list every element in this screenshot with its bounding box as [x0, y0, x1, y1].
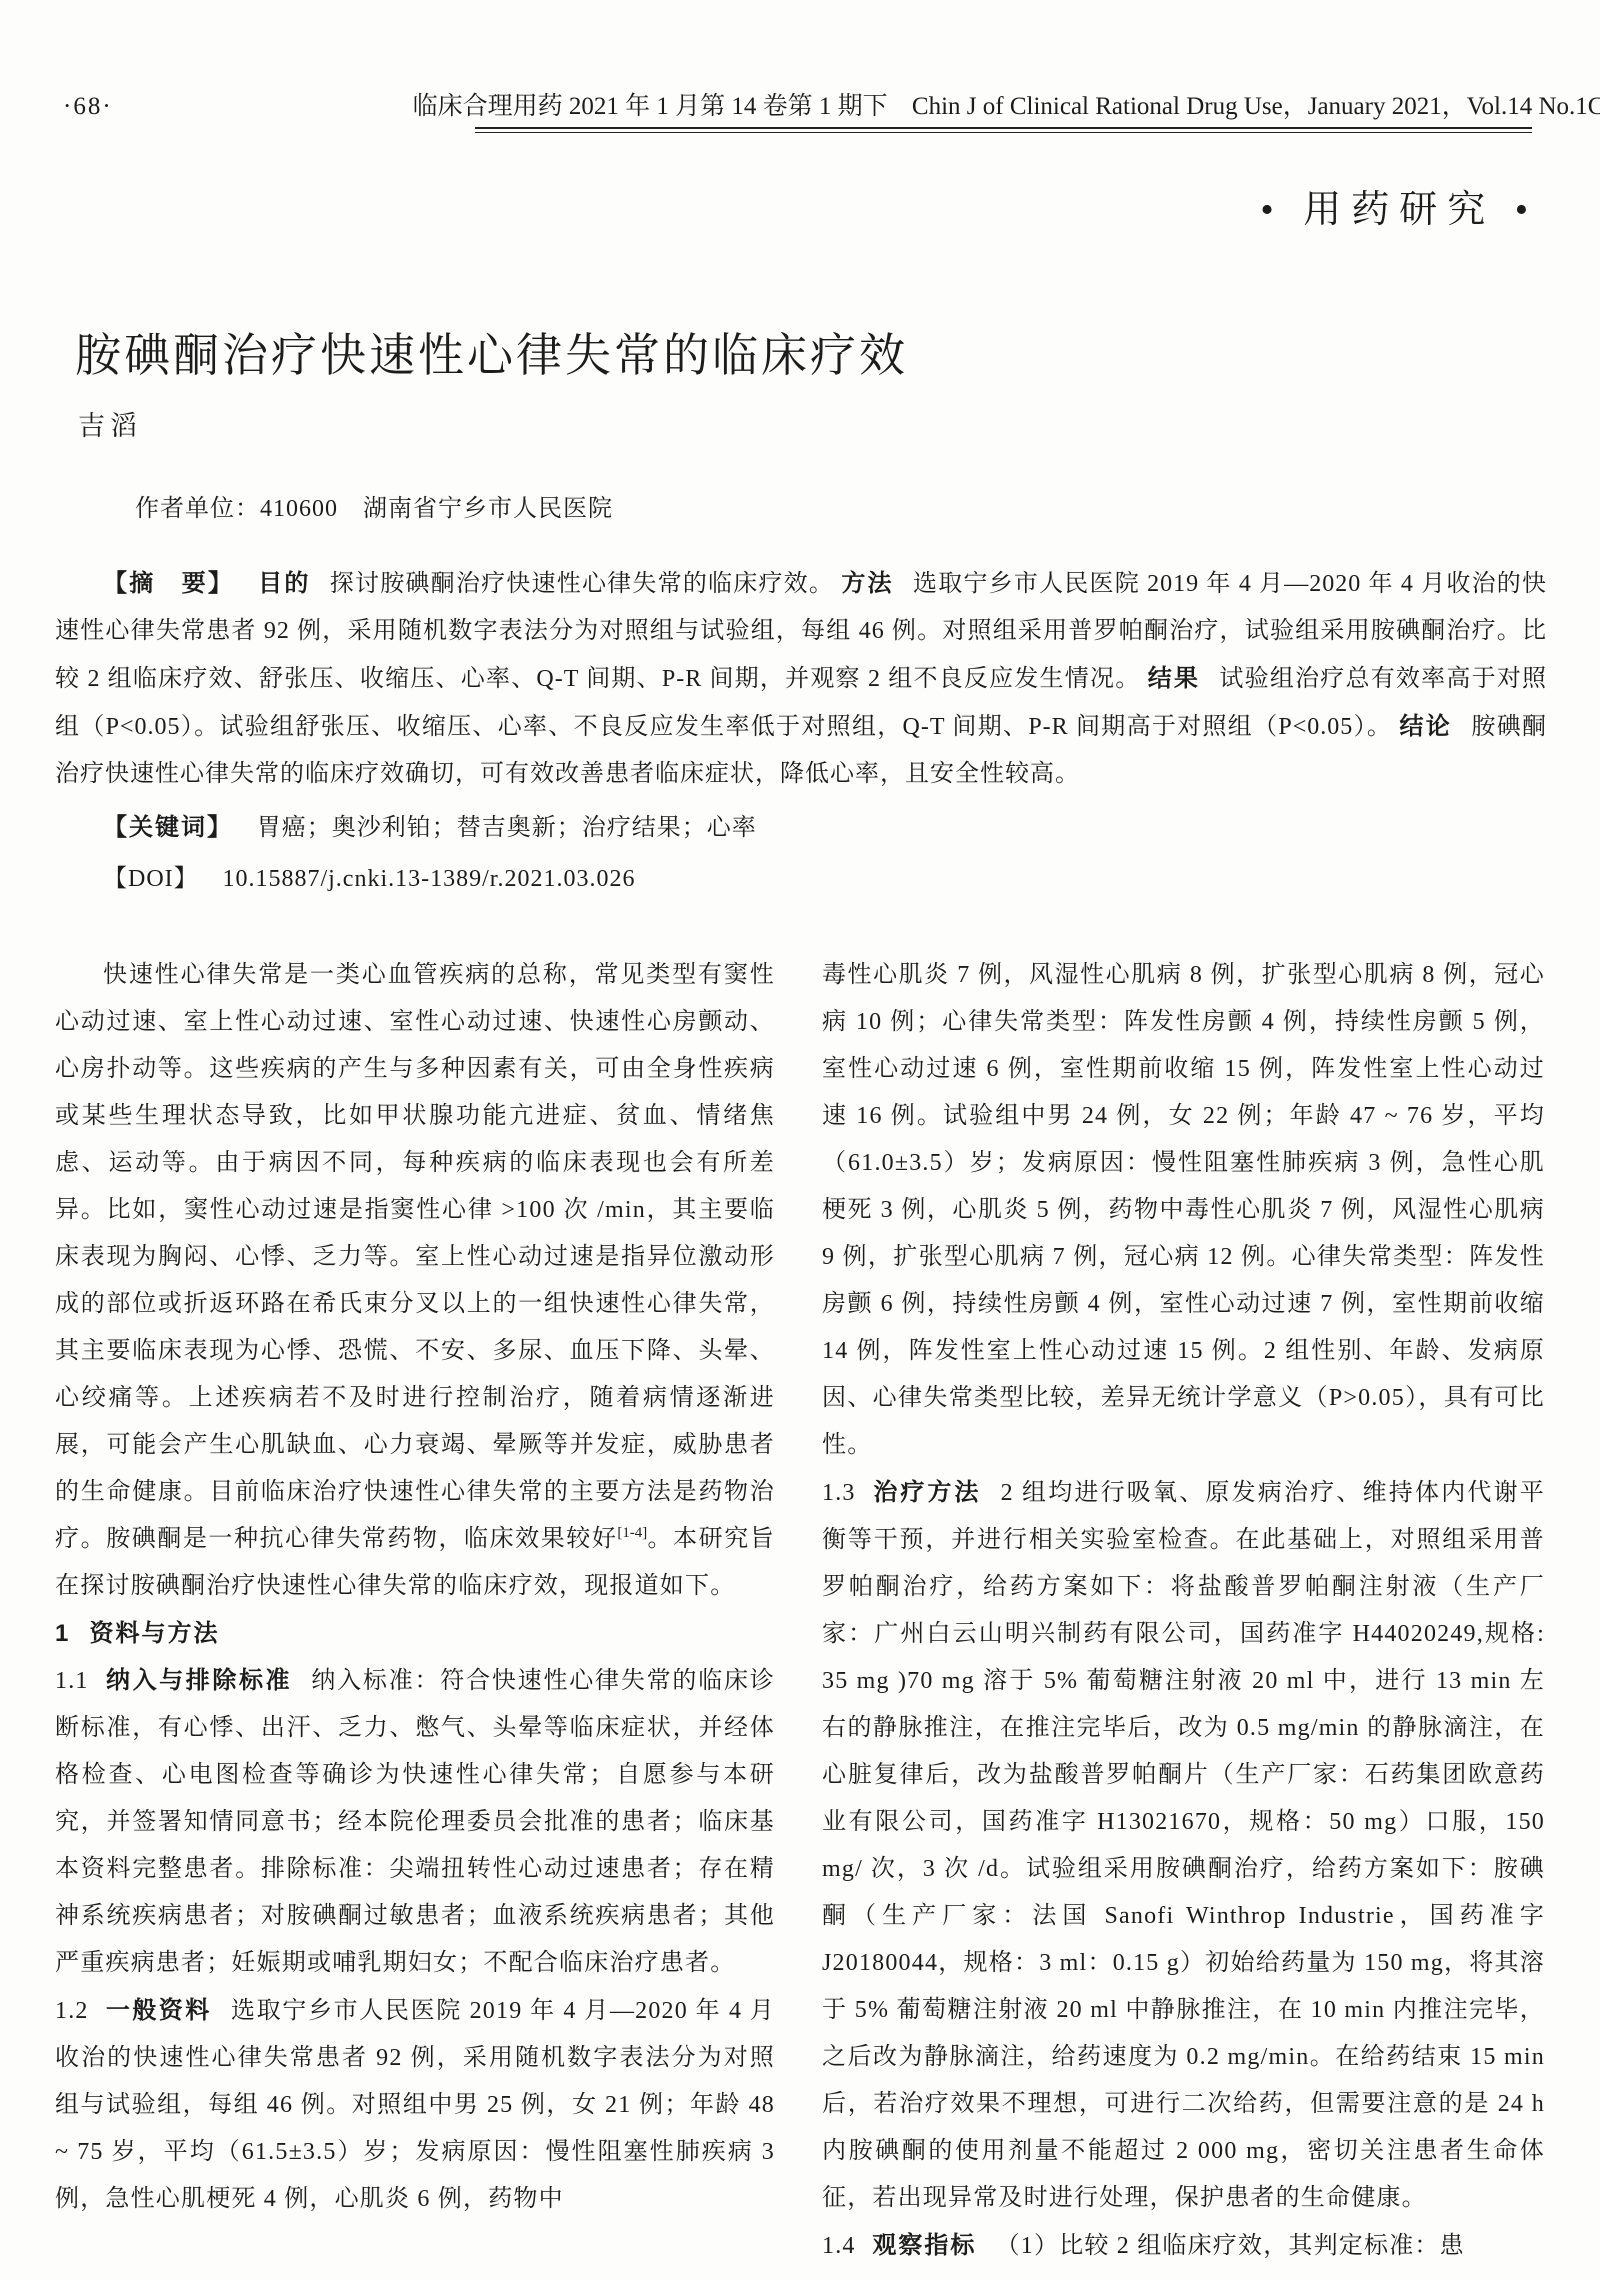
- doi-paragraph: 【DOI】 10.15887/j.cnki.13-1389/r.2021.03.…: [55, 856, 1547, 903]
- abstract-objective-label: 目的: [258, 570, 310, 597]
- section-1-1-title: 纳入与排除标准: [105, 1667, 292, 1694]
- front-matter: 【摘 要】 目的 探讨胺碘酮治疗快速性心律失常的临床疗效。 方法 选取宁乡市人民…: [55, 560, 1547, 903]
- intro-paragraph: 快速性心律失常是一类心血管疾病的总称，常见类型有窦性心动过速、室上性心动过速、室…: [55, 952, 775, 1610]
- author-name: 吉滔: [78, 404, 142, 443]
- abstract-paragraph: 【摘 要】 目的 探讨胺碘酮治疗快速性心律失常的临床疗效。 方法 选取宁乡市人民…: [55, 560, 1547, 798]
- section-1-2-title: 一般资料: [105, 1997, 211, 2024]
- journal-page: ·68· 临床合理用药 2021 年 1 月第 14 卷第 1 期下 Chin …: [0, 0, 1600, 2279]
- section-1-3-number: 1.3: [822, 1480, 856, 1506]
- section-1-3-title: 治疗方法: [872, 1479, 981, 1506]
- journal-citation-en: Chin J of Clinical Rational Drug Use，Jan…: [912, 93, 1600, 120]
- section-1-2-paragraph: 1.2一般资料选取宁乡市人民医院 2019 年 4 月—2020 年 4 月收治…: [55, 1987, 775, 2223]
- running-head: ·68· 临床合理用药 2021 年 1 月第 14 卷第 1 期下 Chin …: [55, 86, 1545, 120]
- keywords-paragraph: 【关键词】 胃癌；奥沙利铂；替吉奥新；治疗结果；心率: [55, 804, 1547, 852]
- abstract-conclusion-label: 结论: [1400, 713, 1453, 740]
- article-title: 胺碘酮治疗快速性心律失常的临床疗效: [75, 319, 908, 385]
- intro-text-1: 快速性心律失常是一类心血管疾病的总称，常见类型有窦性心动过速、室上性心动过速、室…: [55, 962, 775, 1552]
- section-1-4-paragraph: 1.4观察指标（1）比较 2 组临床疗效，其判定标准：患: [822, 2222, 1545, 2270]
- author-affiliation: 作者单位：410600 湖南省宁乡市人民医院: [135, 488, 613, 523]
- right-column: 毒性心肌炎 7 例，风湿性心肌病 8 例，扩张型心肌病 8 例，冠心病 10 例…: [822, 952, 1545, 2270]
- section-badge: • 用药研究 •: [1260, 178, 1538, 233]
- section-1-2-text: 选取宁乡市人民医院 2019 年 4 月—2020 年 4 月收治的快速性心律失…: [55, 1998, 775, 2212]
- doi-value: 10.15887/j.cnki.13-1389/r.2021.03.026: [222, 866, 635, 892]
- section-1-2-continued-paragraph: 毒性心肌炎 7 例，风湿性心肌病 8 例，扩张型心肌病 8 例，冠心病 10 例…: [822, 952, 1545, 1469]
- abstract-methods-label: 方法: [841, 570, 893, 597]
- section-1-2-continued-text: 毒性心肌炎 7 例，风湿性心肌病 8 例，扩张型心肌病 8 例，冠心病 10 例…: [822, 962, 1545, 1458]
- section-1-4-title: 观察指标: [872, 2232, 976, 2259]
- section-1-1-text: 纳入标准：符合快速性心律失常的临床诊断标准，有心悸、出汗、乏力、憋气、头晕等临床…: [55, 1668, 775, 1976]
- section-1-title: 资料与方法: [90, 1620, 220, 1647]
- reference-superscript: [1-4]: [617, 1525, 647, 1541]
- page-number: ·68·: [55, 93, 113, 121]
- abstract-results-label: 结果: [1148, 665, 1200, 692]
- keywords-label: 【关键词】: [103, 814, 233, 841]
- section-heading-1: 1资料与方法: [55, 1610, 775, 1657]
- doi-label: 【DOI】: [103, 866, 199, 892]
- section-1-1-paragraph: 1.1纳入与排除标准纳入标准：符合快速性心律失常的临床诊断标准，有心悸、出汗、乏…: [55, 1657, 775, 1987]
- section-1-4-text: （1）比较 2 组临床疗效，其判定标准：患: [996, 2233, 1465, 2259]
- abstract-label: 【摘 要】: [103, 570, 234, 597]
- section-1-2-number: 1.2: [55, 1998, 89, 2024]
- abstract-objective-text: 探讨胺碘酮治疗快速性心律失常的临床疗效。: [330, 571, 834, 597]
- journal-citation: 临床合理用药 2021 年 1 月第 14 卷第 1 期下 Chin J of …: [113, 86, 1600, 122]
- section-1-number: 1: [55, 1620, 70, 1647]
- journal-citation-cn: 临床合理用药 2021 年 1 月第 14 卷第 1 期下: [413, 93, 888, 120]
- keywords-text: 胃癌；奥沙利铂；替吉奥新；治疗结果；心率: [257, 815, 757, 841]
- header-double-rule: [475, 127, 1532, 133]
- section-1-1-number: 1.1: [55, 1668, 89, 1694]
- section-1-3-text: 2 组均进行吸氧、原发病治疗、维持体内代谢平衡等干预，并进行相关实验室检查。在此…: [822, 1480, 1545, 2211]
- section-1-4-number: 1.4: [822, 2233, 856, 2259]
- left-column: 快速性心律失常是一类心血管疾病的总称，常见类型有窦性心动过速、室上性心动过速、室…: [55, 952, 775, 2223]
- section-1-3-paragraph: 1.3治疗方法2 组均进行吸氧、原发病治疗、维持体内代谢平衡等干预，并进行相关实…: [822, 1469, 1545, 2222]
